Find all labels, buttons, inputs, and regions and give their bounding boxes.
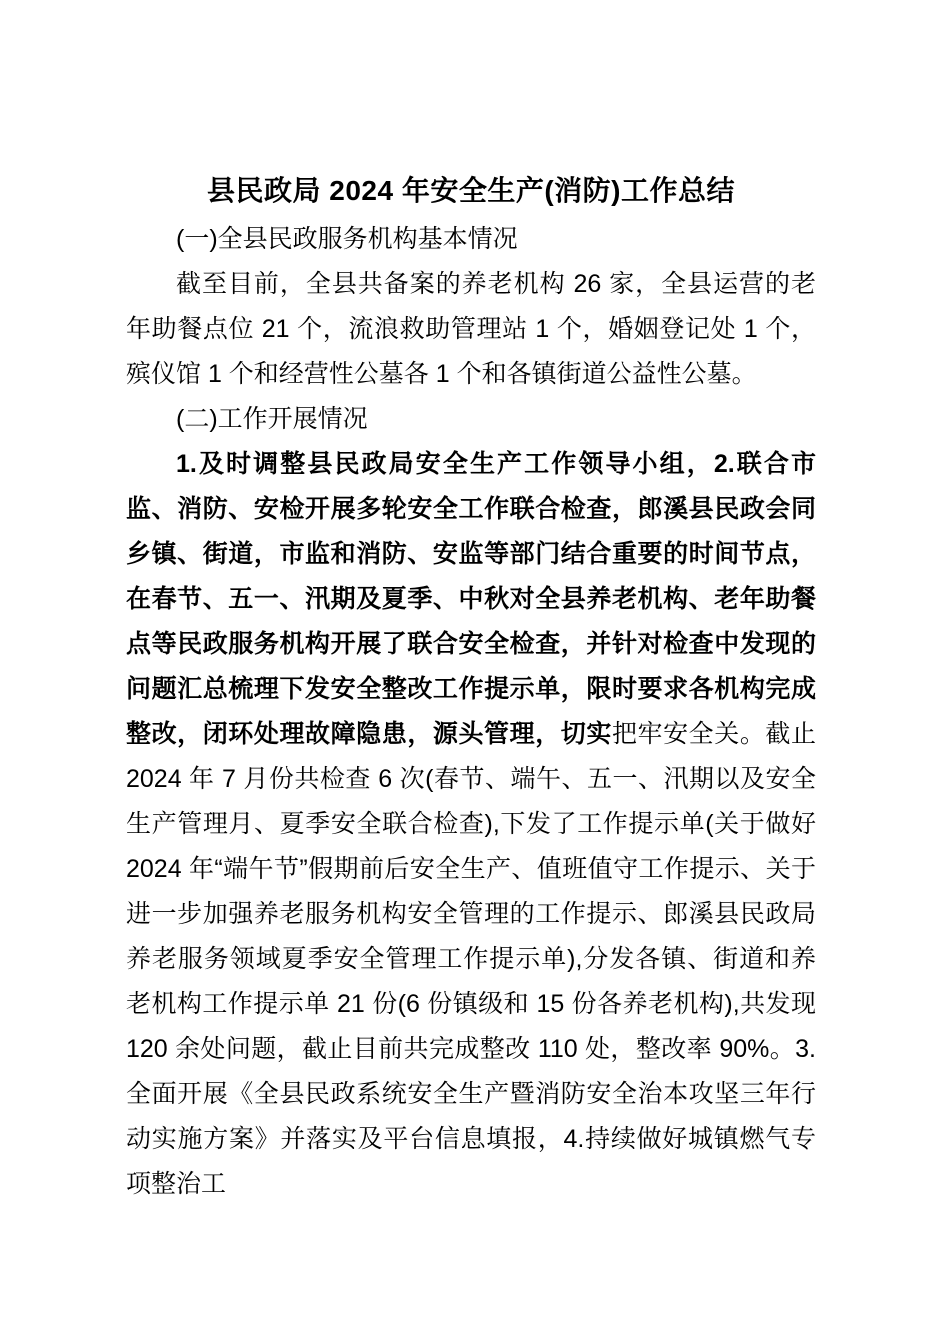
paragraph-basic-info-text: 截至目前，全县共备案的养老机构 26 家，全县运营的老年助餐点位 21 个，流浪… (126, 270, 816, 388)
work-progress-bold-run: 1.及时调整县民政局安全生产工作领导小组，2.联合市监、消防、安检开展多轮安全工… (126, 450, 816, 748)
document-content: 县民政局 2024 年安全生产(消防)工作总结 (一)全县民政服务机构基本情况 … (126, 0, 816, 1207)
work-progress-regular-run: 把牢安全关。截止 2024 年 7 月份共检查 6 次(春节、端午、五一、汛期以… (126, 720, 816, 1198)
section-heading-basic-info: (一)全县民政服务机构基本情况 (126, 217, 816, 262)
section-heading-work-progress: (二)工作开展情况 (126, 397, 816, 442)
document-title: 县民政局 2024 年安全生产(消防)工作总结 (126, 168, 816, 214)
paragraph-work-progress: 1.及时调整县民政局安全生产工作领导小组，2.联合市监、消防、安检开展多轮安全工… (126, 442, 816, 1207)
document-page: 县民政局 2024 年安全生产(消防)工作总结 (一)全县民政服务机构基本情况 … (0, 0, 950, 1344)
paragraph-basic-info: 截至目前，全县共备案的养老机构 26 家，全县运营的老年助餐点位 21 个，流浪… (126, 262, 816, 397)
